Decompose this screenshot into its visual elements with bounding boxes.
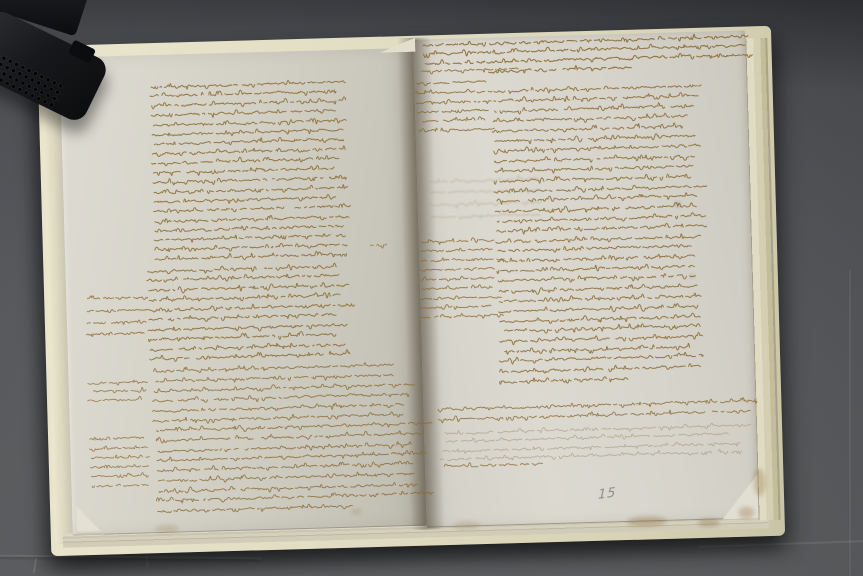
left-margin-notes-3 bbox=[89, 436, 150, 488]
left-margin-notes-1 bbox=[86, 294, 152, 337]
manuscript-book: 15 bbox=[33, 12, 787, 560]
photo-stage: 15 bbox=[0, 0, 863, 576]
right-bottom-note-faint bbox=[440, 422, 752, 463]
left-full-width-paragraph bbox=[151, 361, 415, 425]
paper-stain bbox=[350, 508, 362, 514]
left-main-paragraph-1 bbox=[149, 79, 351, 262]
handwritten-ink-layer bbox=[33, 12, 787, 560]
left-bottom-paragraph bbox=[154, 420, 434, 515]
right-bottom-note-1 bbox=[438, 397, 757, 423]
right-main-text bbox=[491, 83, 714, 385]
right-header-lines bbox=[423, 33, 752, 67]
pencil-folio-number: 15 bbox=[598, 485, 617, 503]
paper-stain bbox=[627, 516, 667, 527]
right-margin-notes-2 bbox=[418, 237, 506, 320]
paper-stain bbox=[753, 468, 766, 496]
right-bleedthrough-shadow bbox=[429, 175, 541, 219]
left-margin-notes-2 bbox=[87, 380, 148, 402]
paper-stain bbox=[738, 506, 754, 518]
paper-stain bbox=[690, 275, 693, 278]
table-scratch-mark bbox=[33, 558, 38, 573]
right-margin-notes-1 bbox=[415, 80, 494, 133]
table-seam-right-vertical bbox=[849, 270, 851, 576]
left-ink-flourish bbox=[370, 244, 386, 248]
right-bottom-final-line bbox=[444, 461, 542, 468]
paper-stain bbox=[453, 521, 481, 530]
paper-stain bbox=[155, 525, 179, 534]
left-main-paragraph-2 bbox=[147, 263, 356, 363]
paper-stain bbox=[698, 518, 720, 527]
